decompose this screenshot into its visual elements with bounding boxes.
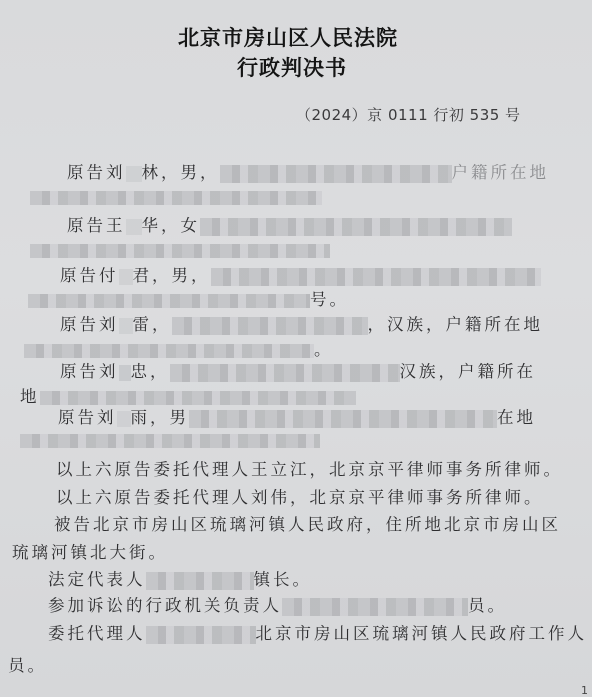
- plaintiff-3-address-line: 号。: [28, 286, 349, 310]
- redaction-block: [30, 191, 322, 205]
- redaction-block: [220, 165, 452, 183]
- plaintiff-1-tail: 户籍所在地: [452, 163, 550, 182]
- plaintiff-3-name-end: 君，男，: [133, 266, 211, 285]
- plaintiff-6-name-end: 雨，男: [131, 408, 190, 427]
- page-number: 1: [581, 684, 588, 697]
- plaintiff-4-name-end: 雷，: [133, 315, 172, 334]
- plaintiff-6-tail: 在地: [497, 408, 536, 427]
- plaintiff-2-label: 原告王: [67, 216, 126, 235]
- legal-representative-line: 法定代表人镇长。: [48, 566, 312, 590]
- plaintiff-1-line: 原告刘林，男，户籍所在地: [67, 159, 549, 183]
- plaintiff-6-label: 原告刘: [58, 408, 117, 427]
- redaction-block: [211, 268, 541, 286]
- plaintiff-4-line: 原告刘雷，，汉族，户籍所在地: [60, 311, 543, 335]
- plaintiff-2-line: 原告王华，女: [67, 212, 512, 236]
- redaction-block: [172, 317, 368, 335]
- judgment-page: 北京市房山区人民法院 行政判决书 （2024）京 0111 行初 535 号 原…: [0, 0, 592, 697]
- entrusted-org: 北京市房山区琉璃河镇人民政府工作人: [256, 624, 588, 643]
- plaintiff-3-line: 原告付君，男，: [60, 262, 541, 286]
- redaction-block: [30, 244, 330, 258]
- plaintiff-3-address-end: 号。: [310, 290, 349, 309]
- redaction-block: [40, 391, 356, 405]
- case-number: （2024）京 0111 行初 535 号: [296, 104, 521, 125]
- redaction-block: [119, 365, 131, 381]
- legal-rep-title: 镇长。: [254, 570, 313, 589]
- plaintiff-5-label: 原告刘: [60, 362, 119, 381]
- plaintiff-6-line: 原告刘雨，男在地: [58, 404, 536, 428]
- participant-end: 员。: [468, 596, 507, 615]
- redaction-block: [119, 318, 133, 334]
- redaction-block: [126, 219, 142, 235]
- defendant-line: 被告北京市房山区琉璃河镇人民政府，住所地北京市房山区: [54, 511, 561, 535]
- redaction-block: [146, 626, 256, 644]
- entrusted-agent-cont: 员。: [8, 652, 47, 676]
- entrusted-label: 委托代理人: [48, 624, 146, 643]
- plaintiff-5-name-end: 忠，: [131, 362, 170, 381]
- entrusted-agent-line: 委托代理人北京市房山区琉璃河镇人民政府工作人: [48, 620, 587, 644]
- redaction-block: [20, 434, 320, 448]
- document-type-heading: 行政判决书: [0, 52, 588, 82]
- redaction-block: [28, 294, 310, 308]
- plaintiff-4-address-line: 。: [24, 336, 334, 360]
- redaction-block: [170, 364, 400, 382]
- redaction-block: [24, 344, 314, 358]
- redaction-block: [126, 166, 142, 182]
- plaintiff-1-name-end: 林，男，: [142, 163, 220, 182]
- plaintiff-5-tail: 汉族，户籍所在: [400, 362, 537, 381]
- redaction-block: [117, 411, 131, 427]
- plaintiff-5-address-start: 地: [20, 387, 40, 406]
- plaintiff-4-tail: ，汉族，户籍所在地: [368, 315, 544, 334]
- plaintiff-3-label: 原告付: [60, 266, 119, 285]
- plaintiff-agent-2: 以上六原告委托代理人刘伟，北京京平律师事务所律师。: [56, 484, 544, 508]
- redaction-block: [146, 572, 254, 590]
- redaction-block: [200, 218, 512, 236]
- court-name-heading: 北京市房山区人民法院: [0, 22, 584, 52]
- participating-official-line: 参加诉讼的行政机关负责人员。: [48, 592, 507, 616]
- redaction-block: [282, 598, 468, 616]
- plaintiff-agent-1: 以上六原告委托代理人王立江，北京京平律师事务所律师。: [56, 456, 563, 480]
- plaintiff-1-label: 原告刘: [67, 163, 126, 182]
- plaintiff-4-address-end: 。: [314, 340, 334, 359]
- plaintiff-2-name-end: 华，女: [142, 216, 201, 235]
- redaction-block: [119, 269, 133, 285]
- redaction-block: [189, 410, 497, 428]
- participant-label: 参加诉讼的行政机关负责人: [48, 596, 282, 615]
- plaintiff-4-label: 原告刘: [60, 315, 119, 334]
- plaintiff-5-line: 原告刘忠，汉族，户籍所在: [60, 358, 536, 382]
- defendant-address-cont: 琉璃河镇北大街。: [12, 539, 168, 563]
- legal-rep-label: 法定代表人: [48, 570, 146, 589]
